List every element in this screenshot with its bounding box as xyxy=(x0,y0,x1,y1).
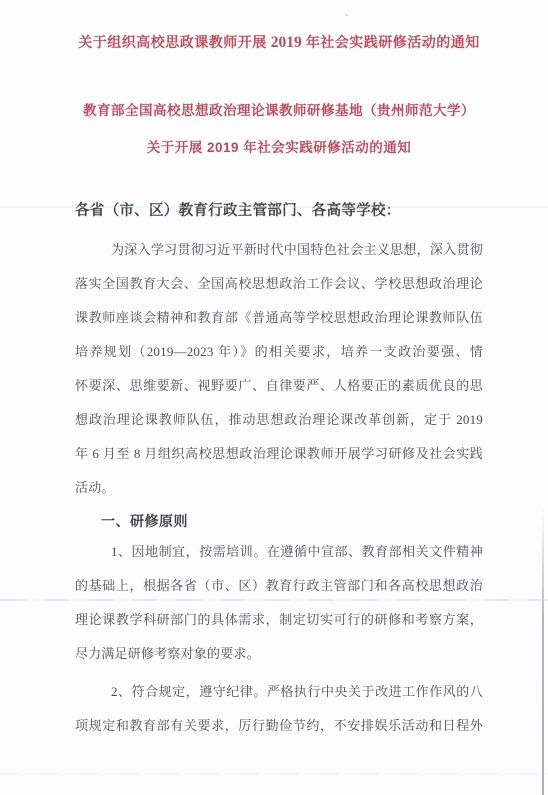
text-line: 理论课教学科研部门的具体需求，制定切实可行的研修和考察方案， xyxy=(75,603,483,637)
doc-top-title-year: 2019 xyxy=(271,34,302,51)
scan-streak-artifact xyxy=(0,773,548,775)
section1-heading: 一、研修原则 xyxy=(75,504,509,538)
text-line: 怀要深、思维要新、视野要广、自律要严、人格要正的素质优良的思 xyxy=(75,369,483,403)
section1-item2-paragraph: 2、符合规定，遵守纪律。严格执行中央关于改进工作作风的八项规定和教育部有关要求，… xyxy=(75,675,483,743)
scan-streak-artifact xyxy=(0,599,548,601)
text-line: 培养规划（2019—2023 年）》的相关要求，培养一支政治要强、情 xyxy=(75,335,483,369)
scan-edge-artifact xyxy=(542,505,544,795)
salutation-line: 各省（市、区）教育行政主管部门、各高等学校： xyxy=(75,194,483,228)
text-line: 落实全国教育大会、全国高校思想政治工作会议、学校思想政治理论 xyxy=(75,267,483,301)
section1-item1-paragraph: 1、因地制宜，按需培训。在遵循中宣部、教育部相关文件精神的基础上，根据各省（市、… xyxy=(75,535,483,671)
text-line: 课教师座谈会精神和教育部《普通高等学校思想政治理论课教师队伍 xyxy=(75,301,483,335)
doc-header-line1: 教育部全国高校思想政治理论课教师研修基地（贵州师范大学） xyxy=(75,92,483,129)
doc-top-title-pre: 关于组织高校思政课教师开展 xyxy=(78,36,271,51)
intro-paragraph: 为深入学习贯彻习近平新时代中国特色社会主义思想，深入贯彻落实全国教育大会、全国高… xyxy=(75,233,483,505)
scan-dot-artifact xyxy=(345,14,348,16)
text-line: 2、符合规定，遵守纪律。严格执行中央关于改进工作作风的八 xyxy=(75,675,483,709)
document-page: 关于组织高校思政课教师开展 2019 年社会实践研修活动的通知 教育部全国高校思… xyxy=(0,0,548,795)
text-line: 为深入学习贯彻习近平新时代中国特色社会主义思想，深入贯彻 xyxy=(75,233,483,267)
text-line: 活动。 xyxy=(75,471,483,505)
text-line: 年 6 月至 8 月组织高校思想政治理论课教师开展学习研修及社会实践 xyxy=(75,437,483,471)
text-line: 1、因地制宜，按需培训。在遵循中宣部、教育部相关文件精神 xyxy=(75,535,483,569)
doc-header: 教育部全国高校思想政治理论课教师研修基地（贵州师范大学） 关于开展 2019 年… xyxy=(75,92,483,166)
doc-top-title-post: 年社会实践研修活动的通知 xyxy=(302,36,480,51)
text-line: 尽力满足研修考察对象的要求。 xyxy=(75,637,483,671)
doc-header-line2: 关于开展 2019 年社会实践研修活动的通知 xyxy=(75,129,483,166)
text-line: 想政治理论课教师队伍，推动思想政治理论课改革创新，定于 2019 xyxy=(75,403,483,437)
doc-top-title: 关于组织高校思政课教师开展 2019 年社会实践研修活动的通知 xyxy=(75,33,483,54)
text-line: 项规定和教育部有关要求，厉行勤俭节约，不安排娱乐活动和日程外 xyxy=(75,709,483,743)
scan-streak-artifact xyxy=(0,206,548,208)
text-line: 的基础上，根据各省（市、区）教育行政主管部门和各高校思想政治 xyxy=(75,569,483,603)
